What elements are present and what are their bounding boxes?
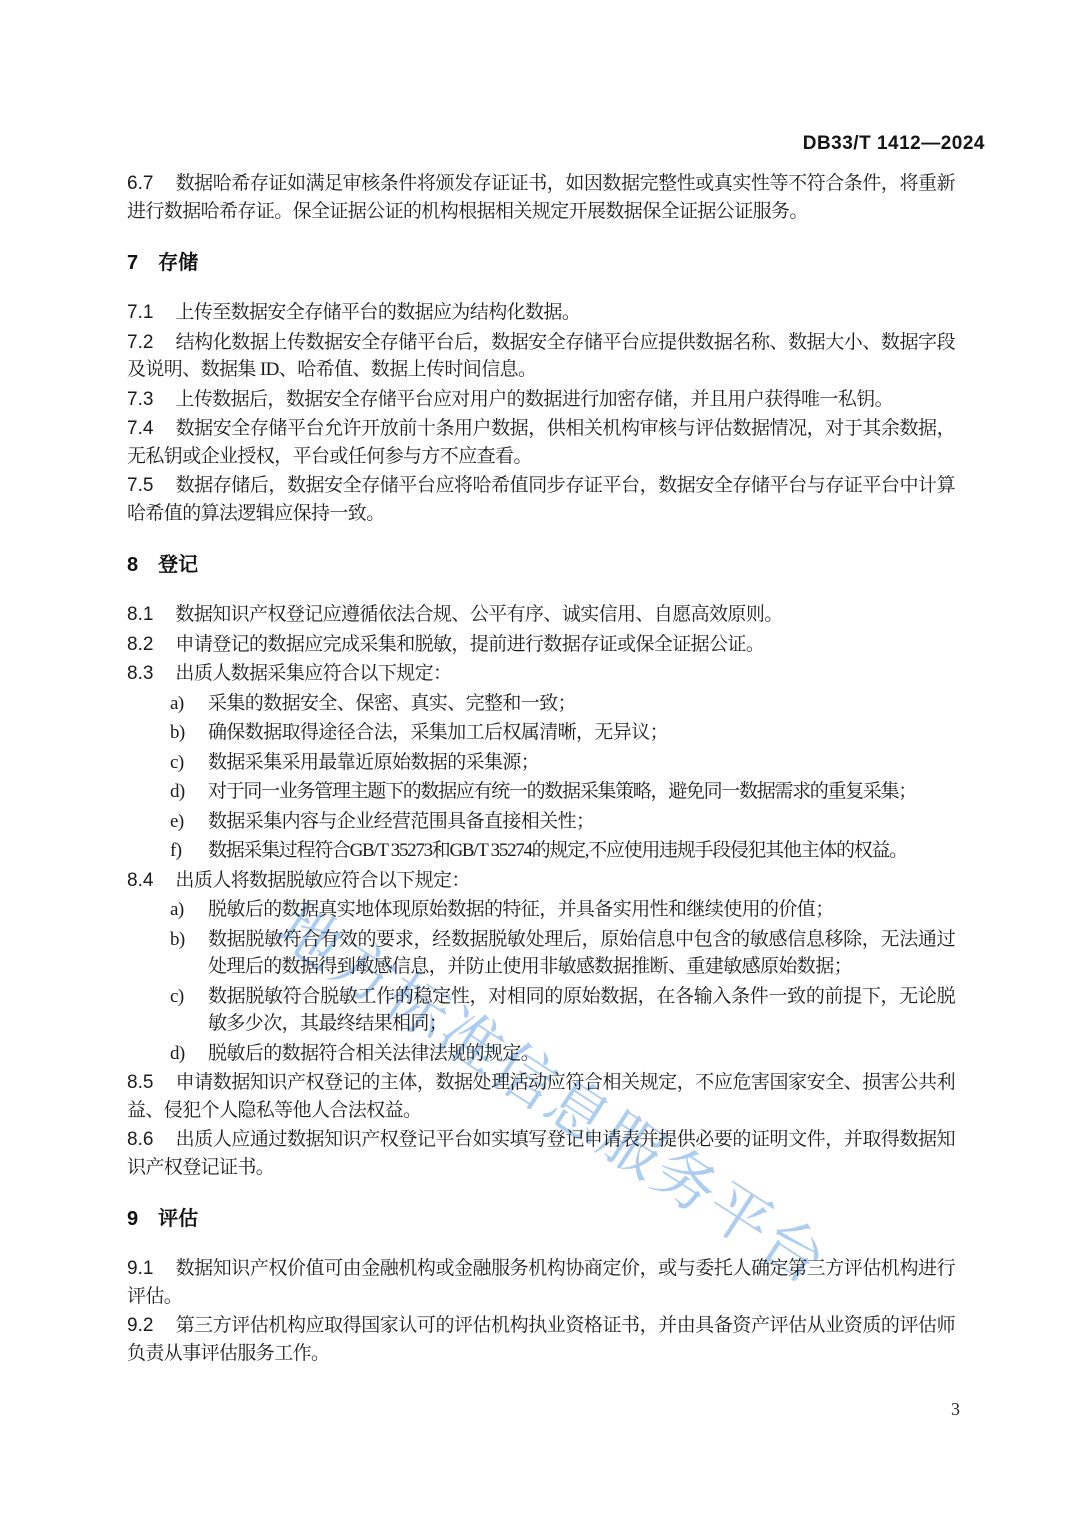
item-text: 数据脱敏符合有效的要求，经数据脱敏处理后，原始信息中包含的敏感信息移除，无法通过… — [208, 926, 955, 981]
clause-text: 数据安全存储平台允许开放前十条用户数据，供相关机构审核与评估数据情况，对于其余数… — [127, 418, 955, 467]
clause-number: 6.7 — [127, 170, 153, 198]
clause-text: 上传数据后，数据安全存储平台应对用户的数据进行加密存储，并且用户获得唯一私钥。 — [175, 389, 893, 410]
clause-7-3: 7.3上传数据后，数据安全存储平台应对用户的数据进行加密存储，并且用户获得唯一私… — [127, 386, 955, 414]
clause-number: 9.1 — [127, 1255, 153, 1283]
section-9-heading: 9评估 — [127, 1205, 955, 1233]
list-8-3-item-a: a)采集的数据安全、保密、真实、完整和一致； — [170, 690, 955, 718]
list-8-4-item-b: b)数据脱敏符合有效的要求，经数据脱敏处理后，原始信息中包含的敏感信息移除，无法… — [170, 926, 955, 981]
item-text: 数据采集采用最靠近原始数据的采集源； — [208, 749, 955, 777]
clause-8-4: 8.4出质人将数据脱敏应符合以下规定： — [127, 867, 955, 895]
clause-7-2: 7.2结构化数据上传数据安全存储平台后，数据安全存储平台应提供数据名称、数据大小… — [127, 329, 955, 384]
item-label: b) — [170, 926, 208, 981]
item-label: d) — [170, 1040, 208, 1068]
clause-number: 8.1 — [127, 601, 153, 629]
list-8-4-item-d: d)脱敏后的数据符合相关法律法规的规定。 — [170, 1040, 955, 1068]
clause-number: 9.2 — [127, 1312, 153, 1340]
clause-text: 数据知识产权登记应遵循依法合规、公平有序、诚实信用、自愿高效原则。 — [175, 604, 782, 625]
clause-text: 结构化数据上传数据安全存储平台后，数据安全存储平台应提供数据名称、数据大小、数据… — [127, 332, 955, 381]
clause-text: 上传至数据安全存储平台的数据应为结构化数据。 — [175, 302, 580, 323]
section-8-heading: 8登记 — [127, 551, 955, 579]
clause-7-5: 7.5数据存储后，数据安全存储平台应将哈希值同步存证平台，数据安全存储平台与存证… — [127, 472, 955, 527]
item-text: 数据脱敏符合脱敏工作的稳定性，对相同的原始数据，在各输入条件一致的前提下，无论脱… — [208, 983, 955, 1038]
clause-6-7: 6.7数据哈希存证如满足审核条件将颁发存证证书，如因数据完整性或真实性等不符合条… — [127, 170, 955, 225]
clause-number: 7.3 — [127, 386, 153, 414]
item-text: 脱敏后的数据真实地体现原始数据的特征，并具备实用性和继续使用的价值； — [208, 896, 955, 924]
clause-number: 8.5 — [127, 1069, 153, 1097]
section-title: 登记 — [158, 554, 198, 576]
section-number: 9 — [127, 1205, 138, 1233]
item-label: a) — [170, 690, 208, 718]
item-label: a) — [170, 896, 208, 924]
clause-number: 7.1 — [127, 299, 153, 327]
clause-text: 数据知识产权价值可由金融机构或金融服务机构协商定价，或与委托人确定第三方评估机构… — [127, 1258, 955, 1307]
list-8-3-item-c: c)数据采集采用最靠近原始数据的采集源； — [170, 749, 955, 777]
item-text: 采集的数据安全、保密、真实、完整和一致； — [208, 690, 955, 718]
clause-text: 申请数据知识产权登记的主体，数据处理活动应符合相关规定，不应危害国家安全、损害公… — [127, 1072, 955, 1121]
document-body: 6.7数据哈希存证如满足审核条件将颁发存证证书，如因数据完整性或真实性等不符合条… — [127, 170, 955, 1369]
section-title: 存储 — [158, 252, 198, 274]
item-text: 脱敏后的数据符合相关法律法规的规定。 — [208, 1040, 955, 1068]
clause-8-6: 8.6出质人应通过数据知识产权登记平台如实填写登记申请表并提供必要的证明文件，并… — [127, 1126, 955, 1181]
clause-number: 8.6 — [127, 1126, 153, 1154]
clause-text: 出质人将数据脱敏应符合以下规定： — [175, 870, 469, 891]
clause-text: 申请登记的数据应完成采集和脱敏，提前进行数据存证或保全证据公证。 — [175, 634, 764, 655]
item-text: 确保数据取得途径合法，采集加工后权属清晰，无异议； — [208, 719, 955, 747]
clause-9-2: 9.2第三方评估机构应取得国家认可的评估机构执业资格证书，并由具备资产评估从业资… — [127, 1312, 955, 1367]
clause-text: 数据哈希存证如满足审核条件将颁发存证证书，如因数据完整性或真实性等不符合条件，将… — [127, 173, 955, 222]
list-8-4-item-c: c)数据脱敏符合脱敏工作的稳定性，对相同的原始数据，在各输入条件一致的前提下，无… — [170, 983, 955, 1038]
item-text: 数据采集过程符合GB/T 35273和GB/T 35274的规定,不应使用违规手… — [208, 837, 955, 865]
clause-7-4: 7.4数据安全存储平台允许开放前十条用户数据，供相关机构审核与评估数据情况，对于… — [127, 415, 955, 470]
clause-number: 8.2 — [127, 631, 153, 659]
clause-8-3: 8.3出质人数据采集应符合以下规定： — [127, 660, 955, 688]
item-label: f) — [170, 837, 208, 865]
page-number: 3 — [951, 1399, 960, 1420]
section-number: 7 — [127, 249, 138, 277]
document-page: 地方标准信息服务平台 DB33/T 1412—2024 6.7数据哈希存证如满足… — [0, 0, 1080, 1527]
item-label: d) — [170, 778, 208, 806]
clause-text: 出质人应通过数据知识产权登记平台如实填写登记申请表并提供必要的证明文件，并取得数… — [127, 1129, 955, 1178]
standard-code: DB33/T 1412—2024 — [803, 133, 985, 154]
clause-number: 7.2 — [127, 329, 153, 357]
item-text: 数据采集内容与企业经营范围具备直接相关性； — [208, 808, 955, 836]
clause-number: 7.4 — [127, 415, 153, 443]
list-8-3-item-f: f)数据采集过程符合GB/T 35273和GB/T 35274的规定,不应使用违… — [170, 837, 955, 865]
list-8-3-item-b: b)确保数据取得途径合法，采集加工后权属清晰，无异议； — [170, 719, 955, 747]
clause-number: 8.4 — [127, 867, 153, 895]
item-label: b) — [170, 719, 208, 747]
clause-text: 数据存储后，数据安全存储平台应将哈希值同步存证平台，数据安全存储平台与存证平台中… — [127, 475, 955, 524]
item-label: c) — [170, 749, 208, 777]
section-title: 评估 — [158, 1208, 198, 1230]
clause-8-2: 8.2申请登记的数据应完成采集和脱敏，提前进行数据存证或保全证据公证。 — [127, 631, 955, 659]
clause-8-5: 8.5申请数据知识产权登记的主体，数据处理活动应符合相关规定，不应危害国家安全、… — [127, 1069, 955, 1124]
list-8-3-item-d: d)对于同一业务管理主题下的数据应有统一的数据采集策略，避免同一数据需求的重复采… — [170, 778, 955, 806]
section-7-heading: 7存储 — [127, 249, 955, 277]
clause-number: 7.5 — [127, 472, 153, 500]
item-label: e) — [170, 808, 208, 836]
item-text: 对于同一业务管理主题下的数据应有统一的数据采集策略，避免同一数据需求的重复采集； — [208, 778, 955, 806]
document-header: DB33/T 1412—2024 — [803, 133, 985, 155]
clause-text: 出质人数据采集应符合以下规定： — [175, 663, 451, 684]
item-label: c) — [170, 983, 208, 1038]
clause-7-1: 7.1上传至数据安全存储平台的数据应为结构化数据。 — [127, 299, 955, 327]
section-number: 8 — [127, 551, 138, 579]
clause-text: 第三方评估机构应取得国家认可的评估机构执业资格证书，并由具备资产评估从业资质的评… — [127, 1315, 955, 1364]
list-8-4-item-a: a)脱敏后的数据真实地体现原始数据的特征，并具备实用性和继续使用的价值； — [170, 896, 955, 924]
list-8-3-item-e: e)数据采集内容与企业经营范围具备直接相关性； — [170, 808, 955, 836]
clause-number: 8.3 — [127, 660, 153, 688]
clause-9-1: 9.1数据知识产权价值可由金融机构或金融服务机构协商定价，或与委托人确定第三方评… — [127, 1255, 955, 1310]
clause-8-1: 8.1数据知识产权登记应遵循依法合规、公平有序、诚实信用、自愿高效原则。 — [127, 601, 955, 629]
